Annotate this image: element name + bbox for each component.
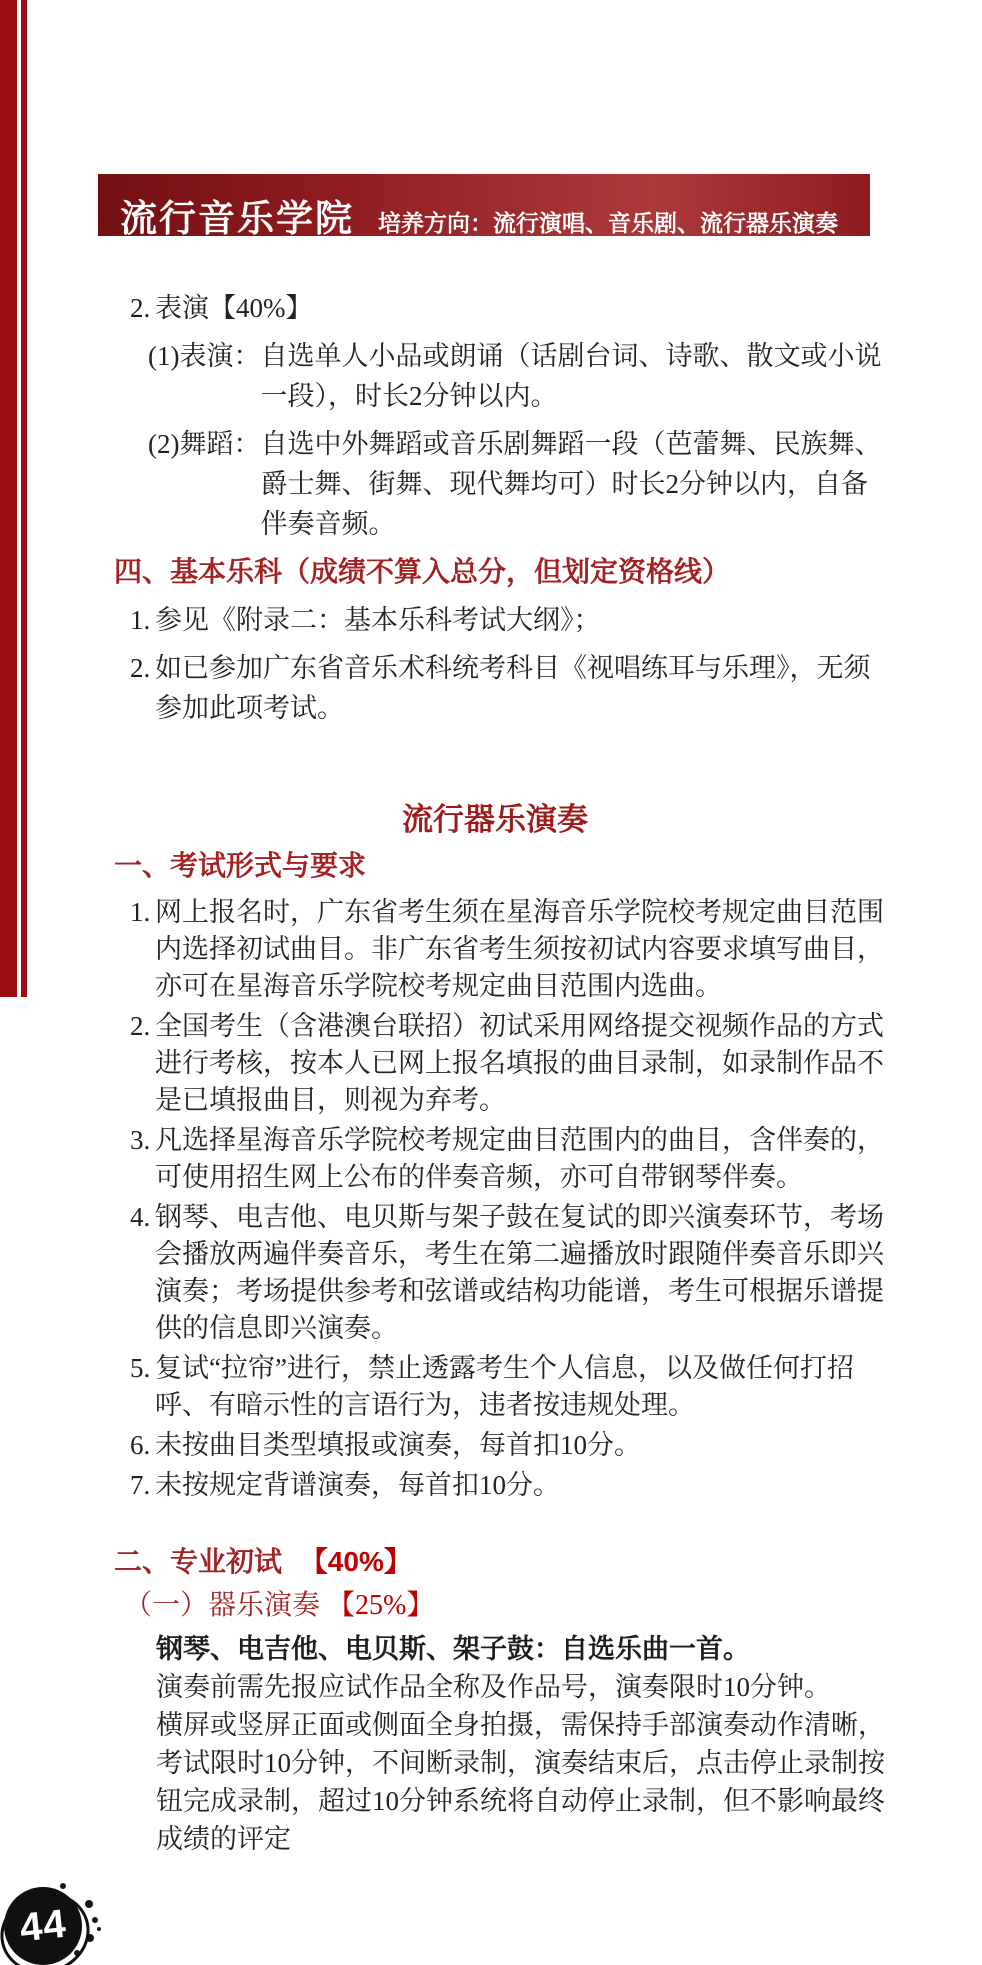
performance-item-1: (1)表演： 自选单人小品或朗诵（话剧台词、诗歌、散文或小说一段），时长2分钟以… (100, 336, 890, 416)
brochure-page: 流行音乐学院 培养方向：流行演唱、音乐剧、流行器乐演奏 2. 表演【40%】 (… (0, 0, 982, 1965)
requirement-item-3-text: 凡选择星海音乐学院校考规定曲目范围内的曲目，含伴奏的，可使用招生网上公布的伴奏音… (155, 1122, 890, 1196)
basic-music-item-1-number: 1. (130, 600, 155, 640)
basic-music-section: 四、基本乐科（成绩不算入总分，但划定资格线） 1. 参见《附录二：基本乐科考试大… (100, 552, 890, 728)
left-accent-bar-thin (21, 0, 27, 997)
requirement-item-7-text: 未按规定背谱演奏，每首扣10分。 (155, 1467, 890, 1504)
requirement-item-1-text: 网上报名时，广东省考生须在星海音乐学院校考规定曲目范围内选择初试曲目。非广东省考… (155, 894, 890, 1005)
requirement-item-2-number: 2. (130, 1008, 155, 1119)
exam-requirements-list: 1. 网上报名时，广东省考生须在星海音乐学院校考规定曲目范围内选择初试曲目。非广… (100, 894, 890, 1504)
requirement-item-4: 4. 钢琴、电吉他、电贝斯与架子鼓在复试的即兴演奏环节，考场会播放两遍伴奏音乐，… (130, 1199, 890, 1347)
performance-section: 2. 表演【40%】 (1)表演： 自选单人小品或朗诵（话剧台词、诗歌、散文或小… (100, 288, 890, 544)
requirement-item-2-text: 全国考生（含港澳台联招）初试采用网络提交视频作品的方式进行考核，按本人已网上报名… (155, 1008, 890, 1119)
requirement-item-1: 1. 网上报名时，广东省考生须在星海音乐学院校考规定曲目范围内选择初试曲目。非广… (130, 894, 890, 1005)
pop-instrumental-title: 流行器乐演奏 (100, 800, 890, 840)
requirement-item-5-text: 复试“拉帘”进行，禁止透露考生个人信息，以及做任何打招呼、有暗示性的言语行为，违… (155, 1350, 890, 1424)
preliminary-heading-text: 二、专业初试 (114, 1546, 282, 1577)
performance-heading-number: 2. (130, 288, 155, 328)
requirement-item-5-number: 5. (130, 1350, 155, 1424)
preliminary-subheading: （一）器乐演奏 【25%】 (100, 1586, 890, 1626)
basic-music-item-2-number: 2. (130, 648, 155, 728)
requirement-item-6-number: 6. (130, 1427, 155, 1464)
preliminary-heading-percent: 【40%】 (300, 1546, 412, 1577)
requirement-item-2: 2. 全国考生（含港澳台联招）初试采用网络提交视频作品的方式进行考核，按本人已网… (130, 1008, 890, 1119)
basic-music-item-2-text: 如已参加广东省音乐术科统考科目《视唱练耳与乐理》，无须参加此项考试。 (155, 648, 890, 728)
requirement-item-6-text: 未按曲目类型填报或演奏，每首扣10分。 (155, 1427, 890, 1464)
banner-title: 流行音乐学院 (120, 188, 354, 242)
requirement-item-5: 5. 复试“拉帘”进行，禁止透露考生个人信息，以及做任何打招呼、有暗示性的言语行… (130, 1350, 890, 1424)
preliminary-subheading-percent: 【25%】 (327, 1590, 434, 1621)
instruments-bold-line: 钢琴、电吉他、电贝斯、架子鼓：自选乐曲一首。 (100, 1630, 890, 1668)
preliminary-heading: 二、专业初试 【40%】 (100, 1542, 890, 1582)
section-banner: 流行音乐学院 培养方向：流行演唱、音乐剧、流行器乐演奏 (98, 174, 870, 236)
performance-item-1-text: 自选单人小品或朗诵（话剧台词、诗歌、散文或小说一段），时长2分钟以内。 (260, 336, 890, 416)
requirement-item-4-number: 4. (130, 1199, 155, 1347)
exam-requirements-section: 一、考试形式与要求 1. 网上报名时，广东省考生须在星海音乐学院校考规定曲目范围… (100, 846, 890, 1504)
preliminary-paragraph-1: 演奏前需先报应试作品全称及作品号，演奏限时10分钟。 (100, 1668, 890, 1706)
requirement-item-4-text: 钢琴、电吉他、电贝斯与架子鼓在复试的即兴演奏环节，考场会播放两遍伴奏音乐，考生在… (155, 1199, 890, 1347)
left-accent-bar-thick (0, 0, 17, 997)
basic-music-item-1: 1. 参见《附录二：基本乐科考试大纲》； (100, 600, 890, 640)
ink-splash-page-badge: 44 (4, 1887, 82, 1965)
basic-music-heading: 四、基本乐科（成绩不算入总分，但划定资格线） (100, 552, 890, 592)
requirement-item-6: 6. 未按曲目类型填报或演奏，每首扣10分。 (130, 1427, 890, 1464)
requirement-item-1-number: 1. (130, 894, 155, 1005)
exam-requirements-heading: 一、考试形式与要求 (100, 846, 890, 886)
performance-heading: 2. 表演【40%】 (100, 288, 890, 328)
performance-heading-text: 表演【40%】 (155, 288, 890, 328)
preliminary-exam-section: 二、专业初试 【40%】 （一）器乐演奏 【25%】 钢琴、电吉他、电贝斯、架子… (100, 1542, 890, 1858)
performance-item-2-marker: (2)舞蹈： (148, 424, 260, 544)
performance-item-2-text: 自选中外舞蹈或音乐剧舞蹈一段（芭蕾舞、民族舞、爵士舞、街舞、现代舞均可）时长2分… (260, 424, 890, 544)
basic-music-item-2: 2. 如已参加广东省音乐术科统考科目《视唱练耳与乐理》，无须参加此项考试。 (100, 648, 890, 728)
requirement-item-3-number: 3. (130, 1122, 155, 1196)
preliminary-paragraph-2: 横屏或竖屏正面或侧面全身拍摄，需保持手部演奏动作清晰，考试限时10分钟，不间断录… (100, 1706, 890, 1858)
requirement-item-7: 7. 未按规定背谱演奏，每首扣10分。 (130, 1467, 890, 1504)
performance-item-2: (2)舞蹈： 自选中外舞蹈或音乐剧舞蹈一段（芭蕾舞、民族舞、爵士舞、街舞、现代舞… (100, 424, 890, 544)
requirement-item-7-number: 7. (130, 1467, 155, 1504)
performance-item-1-marker: (1)表演： (148, 336, 260, 416)
requirement-item-3: 3. 凡选择星海音乐学院校考规定曲目范围内的曲目，含伴奏的，可使用招生网上公布的… (130, 1122, 890, 1196)
banner-subtitle: 培养方向：流行演唱、音乐剧、流行器乐演奏 (378, 205, 838, 238)
page-number: 44 (18, 1901, 69, 1951)
basic-music-item-1-text: 参见《附录二：基本乐科考试大纲》； (155, 600, 890, 640)
preliminary-subheading-text: （一）器乐演奏 (124, 1590, 320, 1621)
